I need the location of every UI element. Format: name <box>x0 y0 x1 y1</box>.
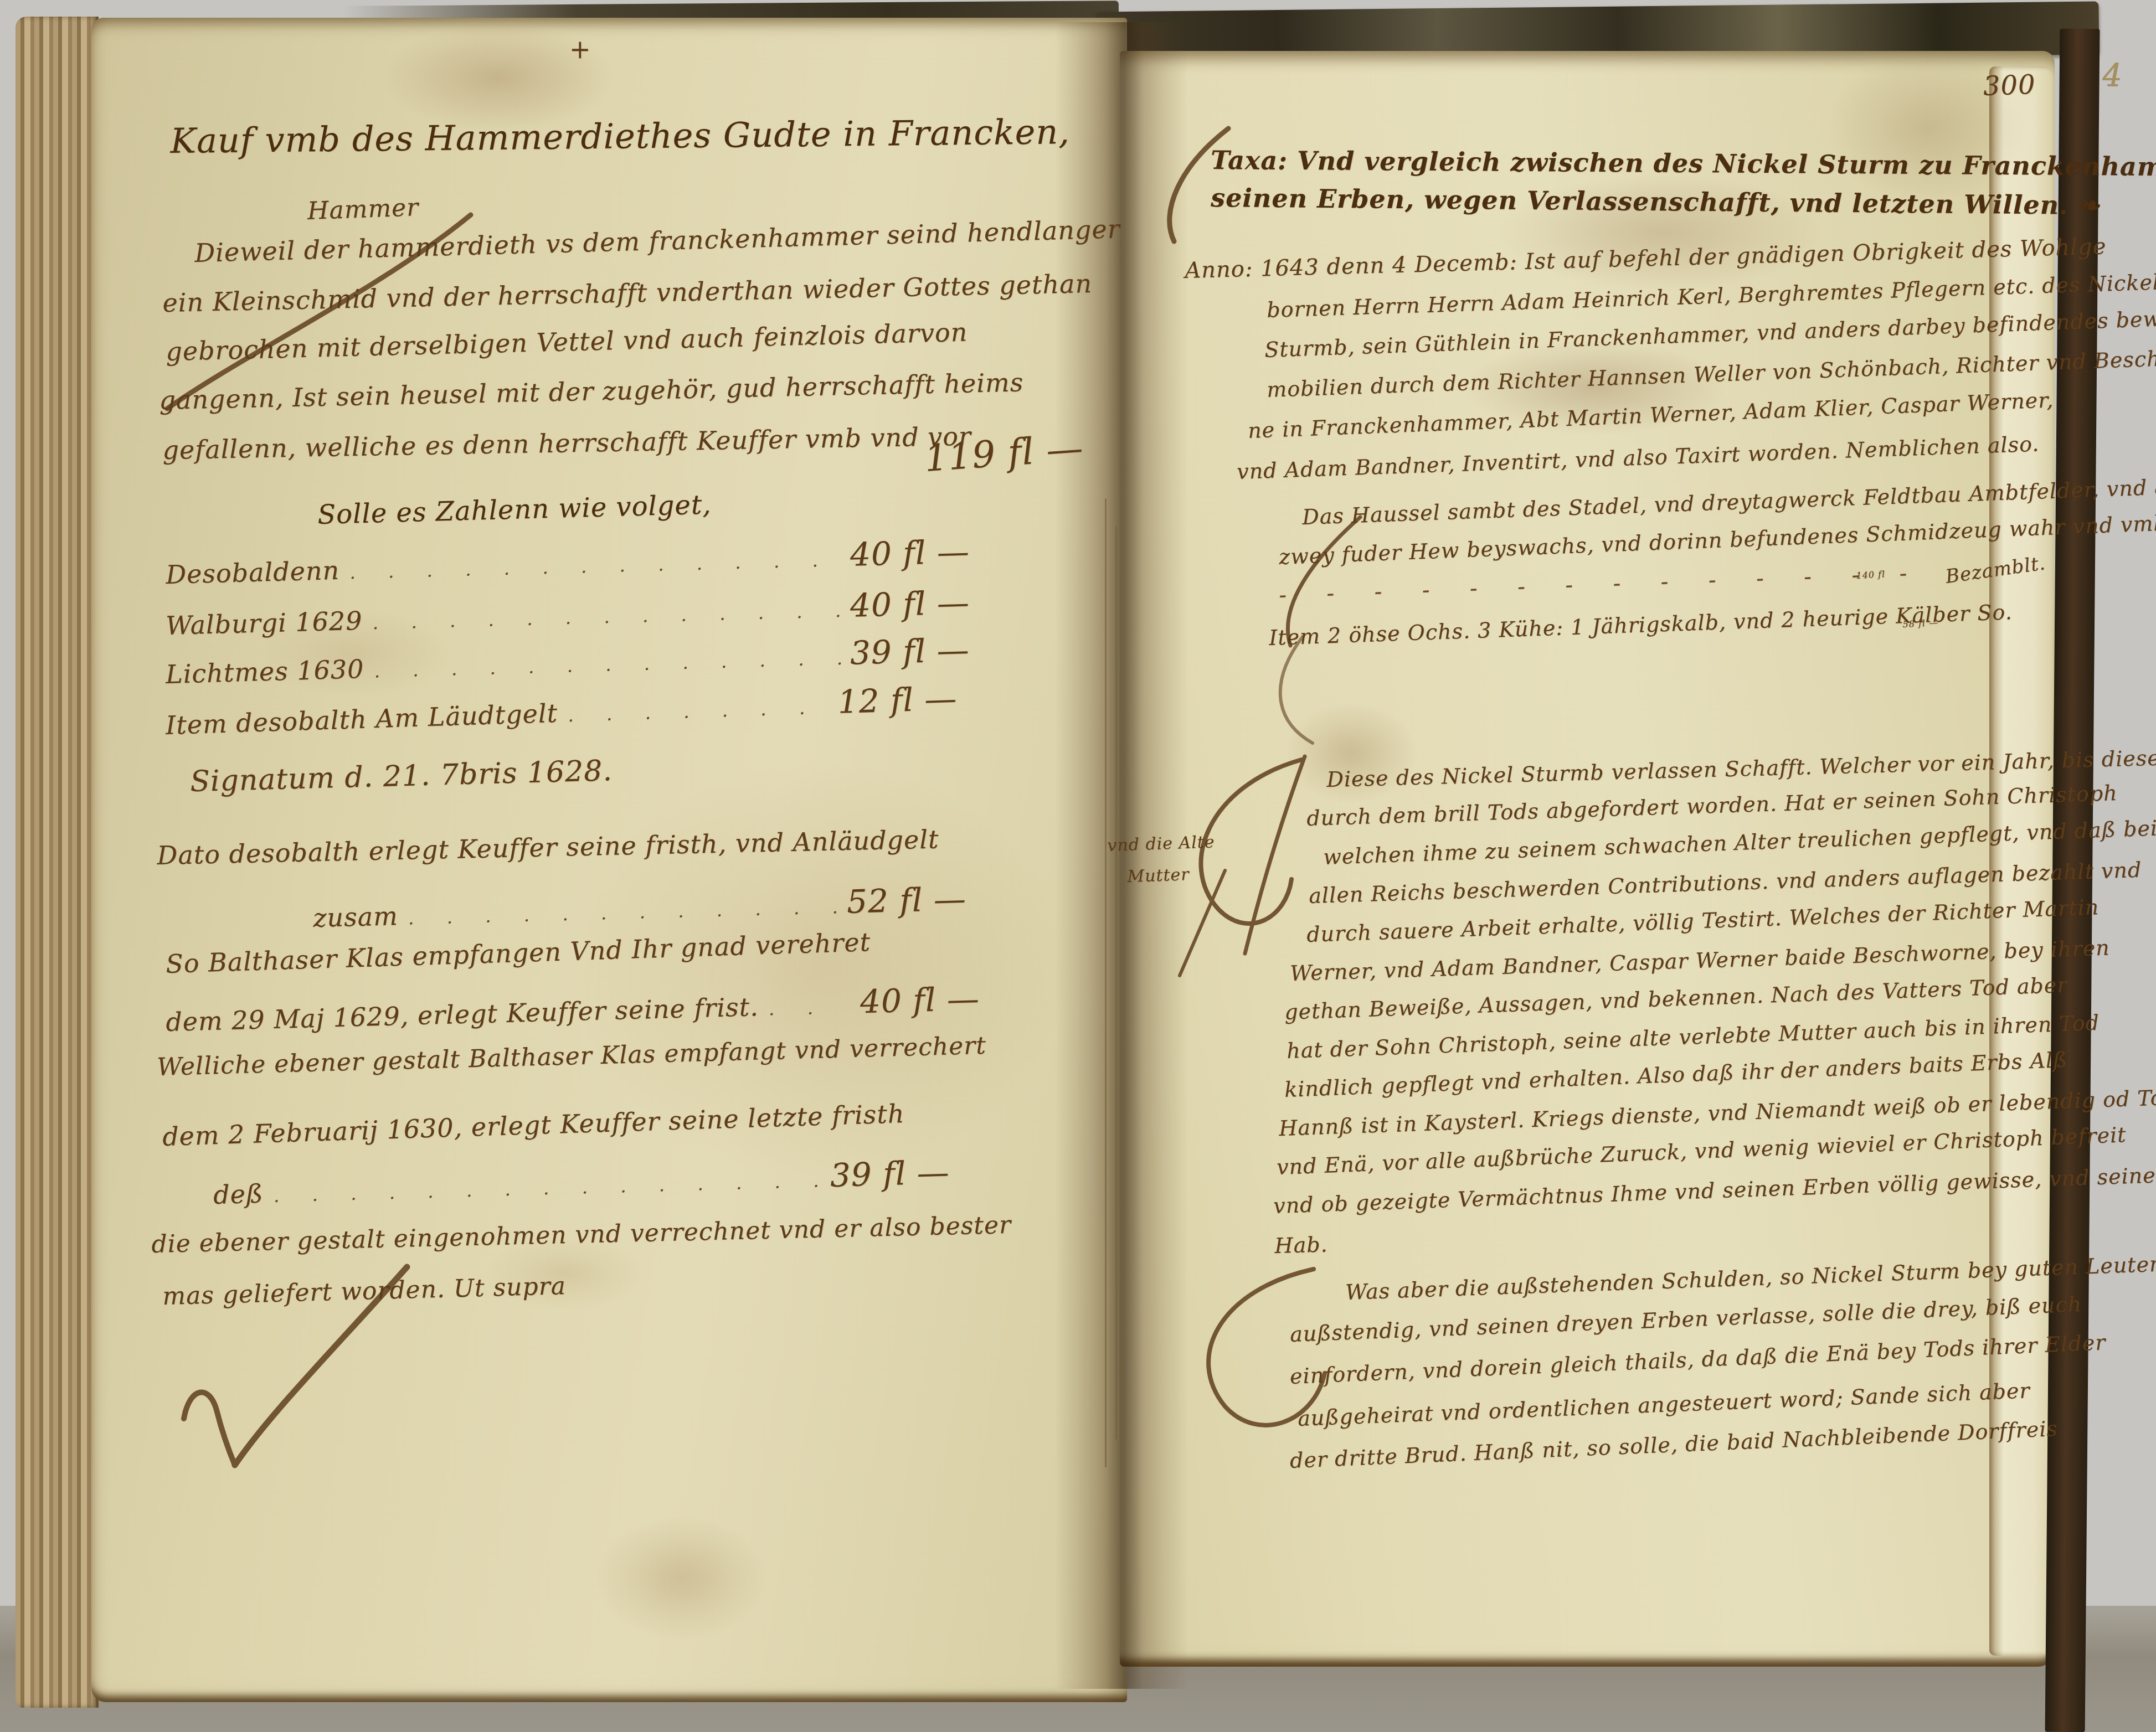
entry-label: Walburgi 1629 <box>166 606 363 641</box>
corner-mark: 4 <box>2102 58 2123 94</box>
gutter-crease-line <box>1105 498 1107 1467</box>
amount-figure: 58 fl — <box>1902 617 1938 630</box>
sum-label: zusam <box>313 901 399 933</box>
entry-amount: 39 fl — <box>850 631 970 672</box>
entry-amount: 40 fl — <box>850 584 970 625</box>
manuscript-book-photo: + Kauf vmb des Hammerdiethes Gudte in Fr… <box>0 0 2156 1732</box>
manuscript-line: Hab. <box>1274 1232 1328 1258</box>
payment-amount: 39 fl — <box>830 1153 950 1194</box>
left-page-subtitle: Hammer <box>307 193 419 225</box>
gutter-crease-line <box>1115 526 1117 1440</box>
entry-amount: 40 fl — <box>850 533 970 574</box>
amount-figure: 140 fl <box>1856 569 1886 581</box>
margin-note: vnd die Alte <box>1107 832 1215 855</box>
payment-amount: 40 fl — <box>860 980 980 1021</box>
page-fore-edges <box>16 17 99 1708</box>
sum-amount: 52 fl — <box>846 880 966 921</box>
entry-amount: 12 fl — <box>837 679 958 721</box>
margin-note: Mutter <box>1127 865 1190 886</box>
payment-text: deß <box>213 1178 264 1210</box>
entry-label: Lichtmes 1630 <box>165 654 364 689</box>
collation-mark: + <box>569 34 591 64</box>
dot-leader: . . <box>758 996 860 1020</box>
page-number: 300 <box>1983 69 2036 102</box>
entry-label: Desobaldenn <box>166 555 340 590</box>
